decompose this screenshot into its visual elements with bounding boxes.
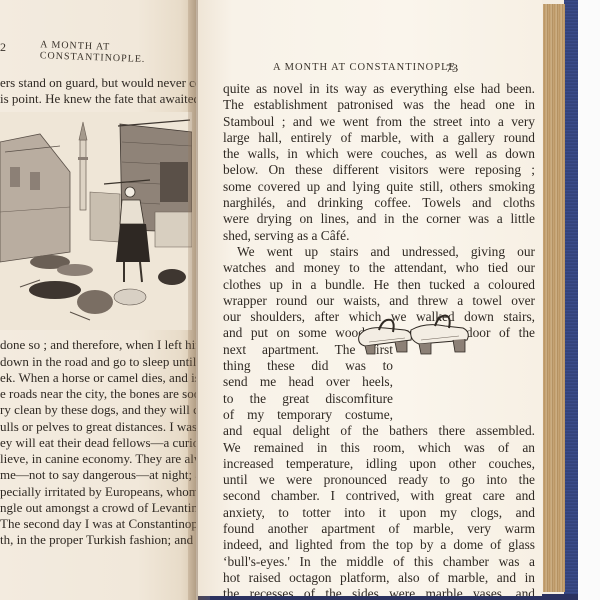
clogs-illustration bbox=[355, 312, 473, 358]
left-page-number: 2 bbox=[0, 40, 6, 55]
text-line: Stamboul ; and we went from the street i… bbox=[223, 114, 535, 130]
book-cover-cloth bbox=[564, 0, 578, 600]
text-line: were drying on lines, and in the corner … bbox=[223, 211, 535, 227]
text-line: below. On these different visitors were … bbox=[223, 162, 535, 178]
text-line: send me head over heels, bbox=[223, 374, 393, 390]
left-text-line: done so ; and therefore, when I left him… bbox=[0, 337, 196, 354]
page-fore-edge bbox=[543, 4, 565, 592]
text-line: some covered up and lying quite still, o… bbox=[223, 179, 535, 195]
text-line: increased temperature, idling upon other… bbox=[223, 456, 535, 472]
left-text-line: ey will eat their dead fellows—a curious… bbox=[0, 435, 196, 452]
text-line: large hall, entirely of marble, with a g… bbox=[223, 130, 535, 146]
left-text-line: The second day I was at Constantinople I… bbox=[0, 516, 196, 533]
left-text-line: ngle out amongst a crowd of Levantines. bbox=[0, 500, 196, 517]
text-line: and equal delight of the bathers there a… bbox=[223, 423, 535, 439]
text-line: We went up stairs and undressed, giving … bbox=[223, 244, 535, 260]
text-line: anxiety, to totter into it upon my clogs… bbox=[223, 505, 535, 521]
left-text-line: ulls or pelves to great distances. I was… bbox=[0, 419, 196, 436]
text-line: The establishment patronised was the hea… bbox=[223, 97, 535, 113]
text-line: narghilés, and drinking coffee. Towels a… bbox=[223, 195, 535, 211]
right-page-number: 73 bbox=[446, 61, 458, 76]
background bbox=[578, 0, 600, 600]
left-running-head: A MONTH AT CONSTANTINOPLE. bbox=[40, 39, 196, 66]
left-text-line: ry clean by these dogs, and they will ca… bbox=[0, 402, 196, 419]
left-text-line: me—not to say dangerous—at night; and bbox=[0, 467, 196, 484]
left-text-line: e roads near the city, the bones are soo… bbox=[0, 386, 196, 403]
text-line: quite as novel in its way as everything … bbox=[223, 81, 535, 97]
left-text-line: pecially irritated by Europeans, whom th… bbox=[0, 484, 196, 501]
left-text-line: th, in the proper Turkish fashion; and t… bbox=[0, 532, 196, 549]
text-line: thing these did was to bbox=[223, 358, 393, 374]
left-text-line: ers stand on guard, but would never come… bbox=[0, 75, 196, 92]
text-line: indeed, and lighted from the top by a do… bbox=[223, 537, 535, 553]
text-line: to the great discomfiture bbox=[223, 391, 393, 407]
text-line: ‘bull's-eyes.' In the middle of this cha… bbox=[223, 554, 535, 570]
text-line: of my temporary costume, bbox=[223, 407, 393, 423]
text-line: hot raised octagon platform, also of mar… bbox=[223, 570, 535, 586]
text-line: second chamber. I contrived, with great … bbox=[223, 488, 535, 504]
text-line: found another apartment of marble, very … bbox=[223, 521, 535, 537]
left-text-line: is point. He knew the fate that awaited … bbox=[0, 91, 196, 108]
left-text-line: ek. When a horse or camel dies, and is l… bbox=[0, 370, 196, 387]
text-line: clothes up in a bundle. He then tucked a… bbox=[223, 277, 535, 293]
right-running-head: A MONTH AT CONSTANTINOPLE. bbox=[273, 62, 460, 73]
text-line: wrapper round our waists, and threw a to… bbox=[223, 293, 535, 309]
dogs-engraving-illustration bbox=[0, 112, 192, 330]
left-page: 2 A MONTH AT CONSTANTINOPLE. ers stand o… bbox=[0, 0, 196, 600]
text-line: the recesses of the sides were marble va… bbox=[223, 586, 535, 596]
text-line: shed, serving as a Câfé. bbox=[223, 228, 535, 244]
left-text-line: lieve, in canine economy. They are alway… bbox=[0, 451, 196, 468]
text-line: the walls, in which were couches, as wel… bbox=[223, 146, 535, 162]
text-line: We remained in this room, which was of a… bbox=[223, 440, 535, 456]
open-book: 2 A MONTH AT CONSTANTINOPLE. ers stand o… bbox=[0, 0, 600, 600]
text-line: watches and money to the attendant, who … bbox=[223, 260, 535, 276]
right-page: A MONTH AT CONSTANTINOPLE. 73 quite as n… bbox=[198, 0, 542, 596]
text-line: until we were pronounced ready to go int… bbox=[223, 472, 535, 488]
left-text-line: down in the road and go to sleep until I bbox=[0, 354, 196, 371]
